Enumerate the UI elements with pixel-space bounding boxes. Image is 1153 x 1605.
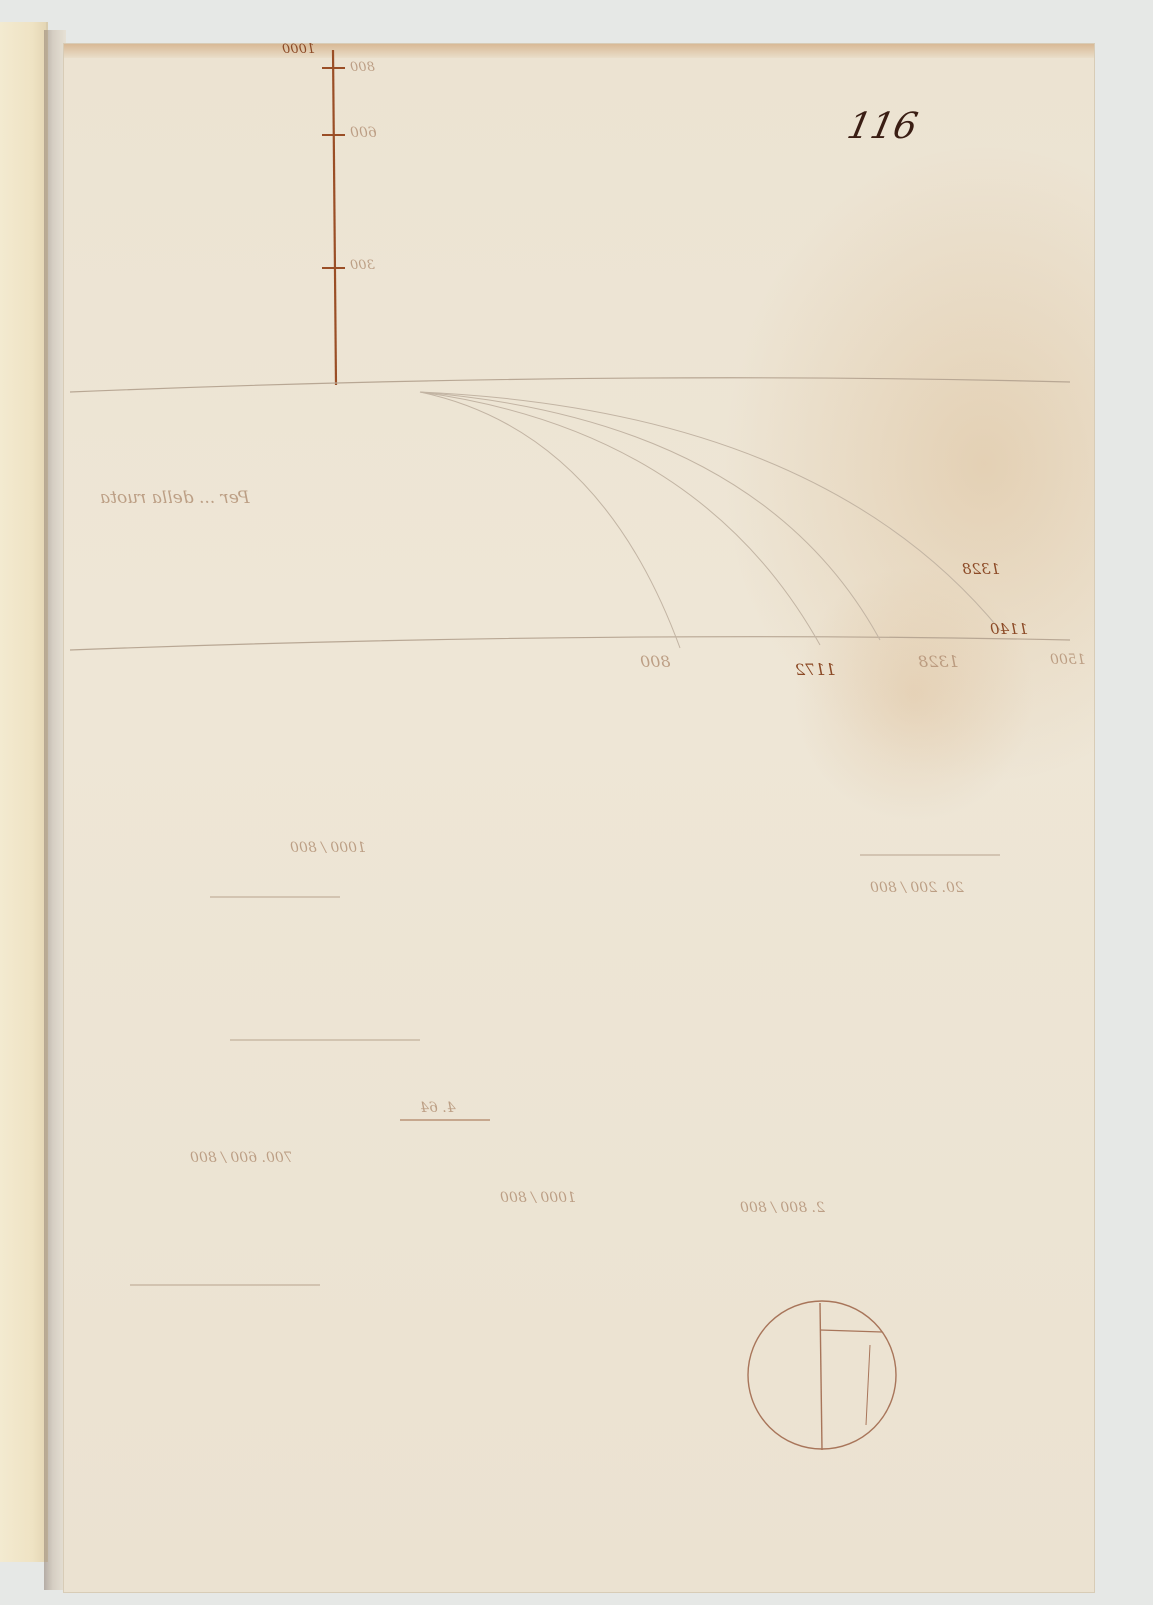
parabola-curve-1 xyxy=(420,392,680,648)
baseline-label-1172: 1172 xyxy=(795,660,836,679)
side-label-1328: 1328 xyxy=(962,560,1000,578)
calc-note: 4. 64 xyxy=(420,1100,456,1116)
calc-note: 1000 / 800 xyxy=(290,840,366,856)
calc-note: 1000 / 800 xyxy=(500,1190,576,1206)
lower-horizontal-line xyxy=(70,637,1070,650)
caption-line: Per ... della ruota xyxy=(100,488,250,508)
calc-note: 2. 800 / 800 xyxy=(740,1200,825,1216)
scale-label-top: 1000 xyxy=(282,42,315,57)
calc-note: 20. 200 / 800 xyxy=(870,880,964,896)
scale-label-600: 600 xyxy=(350,125,377,141)
baseline-label-800: 800 xyxy=(640,652,671,671)
parabola-curve-3 xyxy=(420,392,880,640)
vertical-scale-line xyxy=(333,50,336,385)
parabola-curve-2 xyxy=(420,392,820,645)
drawing-lines xyxy=(0,0,1153,1605)
folio-number: 116 xyxy=(844,106,921,147)
scale-label-800: 800 xyxy=(350,60,375,75)
baseline-label-1328: 1328 xyxy=(918,652,959,671)
upper-horizontal-line xyxy=(70,378,1070,392)
side-label-1140: 1140 xyxy=(990,620,1028,638)
calc-note: 700. 600 / 800 xyxy=(190,1150,293,1166)
scale-label-300: 300 xyxy=(350,258,375,273)
baseline-label-1500: 1500 xyxy=(1050,652,1086,668)
